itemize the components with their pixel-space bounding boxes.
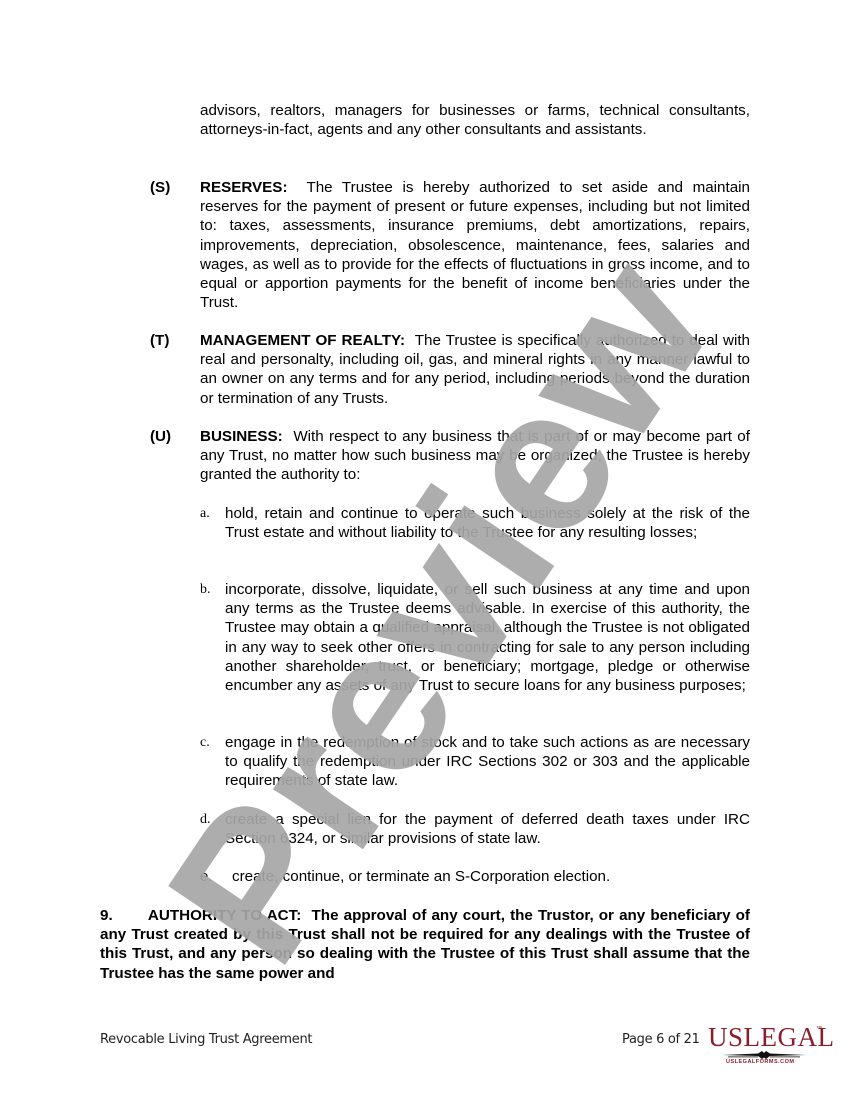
sub-item-c: engage in the redemption of stock and to… xyxy=(225,733,750,791)
logo-url: USLEGALFORMS.COM xyxy=(726,1059,795,1065)
section-text-business: With respect to any business that is par… xyxy=(200,428,750,483)
footer-document-title: Revocable Living Trust Agreement xyxy=(100,1032,312,1047)
sub-item-letter-d: d. xyxy=(200,810,211,829)
section-heading-business: BUSINESS: xyxy=(200,428,283,445)
sub-item-a: hold, retain and continue to operate suc… xyxy=(225,504,750,542)
section-heading-reserves: RESERVES: xyxy=(200,179,288,196)
sub-item-b: incorporate, dissolve, liquidate, or sel… xyxy=(225,580,750,695)
sub-item-e: create, continue, or terminate an S-Corp… xyxy=(232,867,757,886)
sub-item-d: create a special lien for the payment of… xyxy=(225,810,750,848)
section-label-t: (T) xyxy=(150,331,169,350)
article-9: 9. AUTHORITY TO ACT: The approval of any… xyxy=(100,906,750,983)
section-management-of-realty: MANAGEMENT OF REALTY: The Trustee is spe… xyxy=(200,331,750,408)
sub-item-letter-a: a. xyxy=(200,504,210,523)
section-label-s: (S) xyxy=(150,178,170,197)
article-9-number: 9. xyxy=(100,907,113,924)
continuation-text: advisors, realtors, managers for busines… xyxy=(200,102,750,138)
document-page: advisors, realtors, managers for busines… xyxy=(0,0,850,1100)
sub-item-letter-e: e. xyxy=(200,867,213,886)
logo-trademark: ™ xyxy=(816,1026,822,1032)
sub-item-letter-b: b. xyxy=(200,580,211,599)
continuation-paragraph: advisors, realtors, managers for busines… xyxy=(200,101,750,139)
sub-item-letter-c: c. xyxy=(200,733,210,752)
section-reserves: RESERVES: The Trustee is hereby authoriz… xyxy=(200,178,750,312)
section-label-u: (U) xyxy=(150,427,171,446)
footer-page-number: Page 6 of 21 xyxy=(622,1032,700,1047)
section-business: BUSINESS: With respect to any business t… xyxy=(200,427,750,485)
section-heading-realty: MANAGEMENT OF REALTY: xyxy=(200,332,405,349)
section-text-reserves: The Trustee is hereby authorized to set … xyxy=(200,179,750,311)
uslegal-logo: USLEGAL ™ USLEGALFORMS.COM xyxy=(708,1024,823,1068)
article-9-heading: AUTHORITY TO ACT: xyxy=(148,907,301,924)
